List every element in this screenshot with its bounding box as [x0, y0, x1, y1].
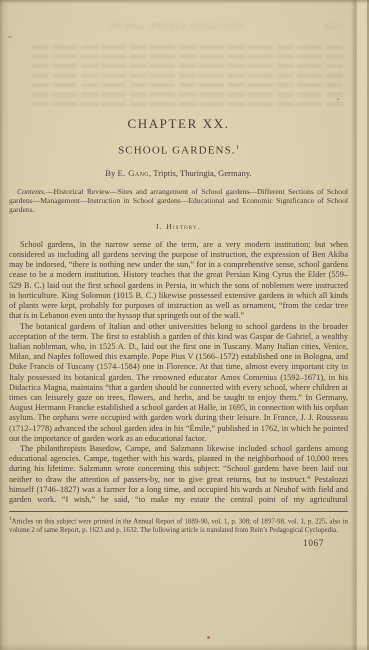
body-text: School gardens, in the narrow sense of t… [9, 240, 348, 505]
paragraph: The botanical gardens of Italian and oth… [9, 322, 348, 444]
footnote-divider [9, 511, 348, 512]
section-heading: I. History. [9, 222, 348, 231]
contents-text: —Historical Review—Sites and arrangement… [9, 187, 348, 215]
contents-note: Contents.—Historical Review—Sites and ar… [9, 187, 348, 215]
page-title: SCHOOL GARDENS.1 [9, 144, 348, 157]
page-number: 1067 [9, 539, 348, 549]
page-title-text: SCHOOL GARDENS. [118, 145, 236, 157]
paragraph: The philanthropists Basedow, Campe, and … [9, 444, 348, 505]
footnote: 1Articles on this subject were printed i… [9, 516, 348, 536]
byline-prefix: By [105, 168, 117, 178]
byline: By E. Gang, Triptis, Thuringia, Germany. [9, 168, 348, 178]
chapter-heading: CHAPTER XX. [9, 116, 348, 132]
page-content: CHAPTER XX. SCHOOL GARDENS.1 By E. Gang,… [9, 0, 348, 549]
contents-label: Contents. [17, 187, 46, 196]
ink-speck [207, 636, 210, 639]
footnote-text: Articles on this subject were printed in… [9, 518, 348, 534]
title-footnote-marker: 1 [236, 144, 239, 151]
scanned-book-page: 1908 EDUCATION REPORT, 1898-99. CHAPTER … [0, 0, 369, 650]
paragraph: School gardens, in the narrow sense of t… [9, 240, 348, 322]
byline-author: E. Gang [117, 168, 149, 178]
byline-suffix: , Triptis, Thuringia, Germany. [149, 168, 252, 178]
